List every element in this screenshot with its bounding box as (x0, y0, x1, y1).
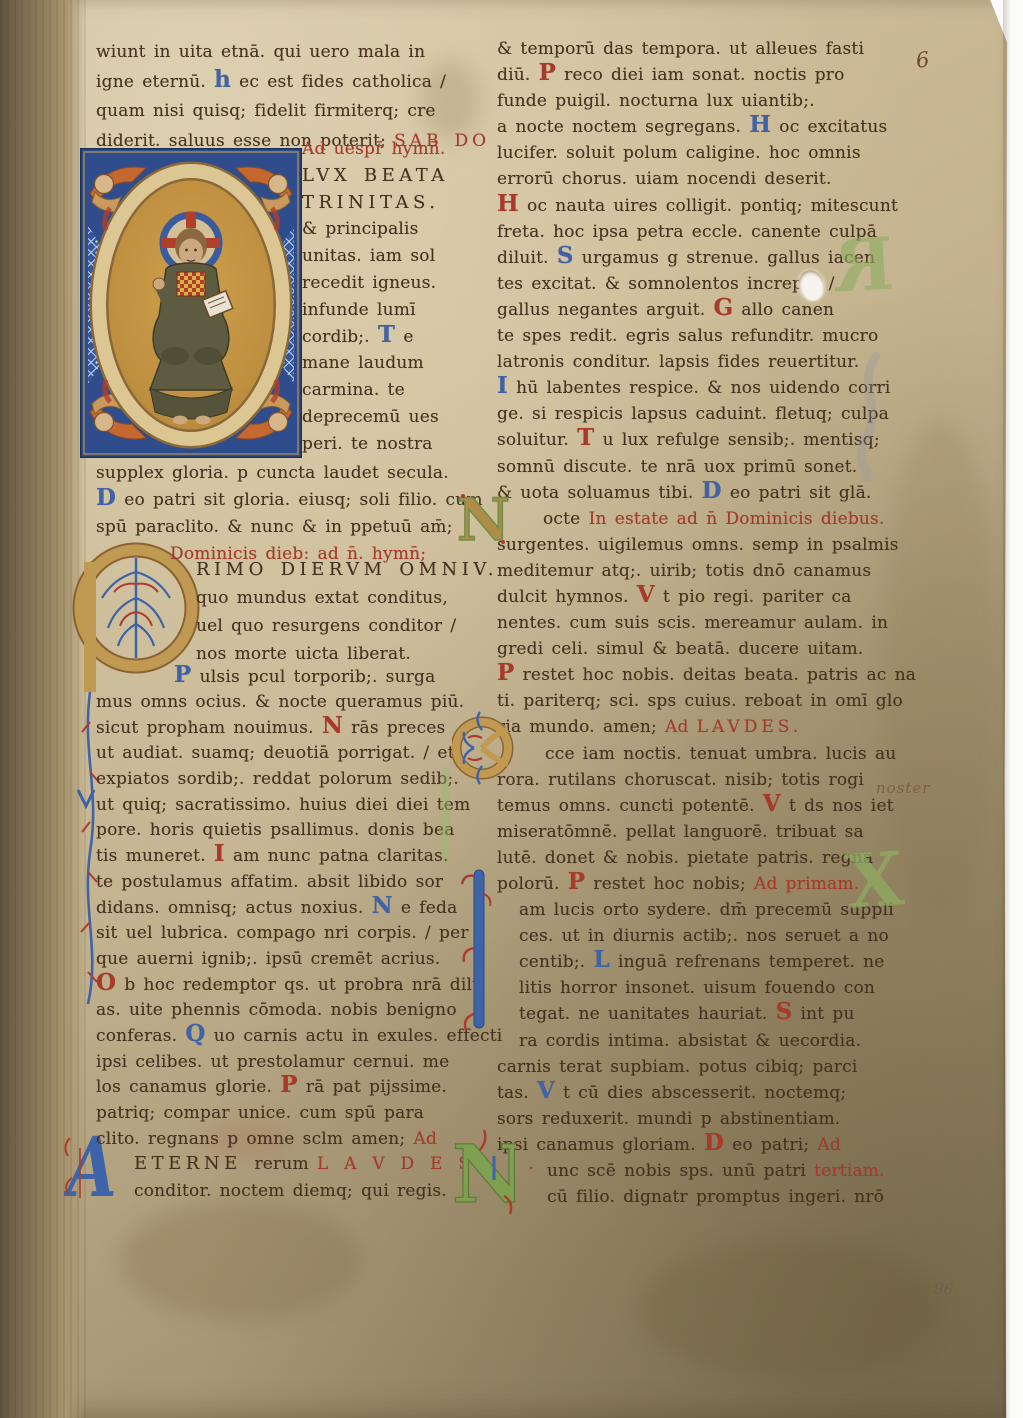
parchment-page: A wiunt in uita etnā. qui uero mala inig… (0, 0, 1023, 1418)
text-line: uel quo resurgens conditor / (196, 612, 498, 640)
text-line: cordib;. T e (302, 324, 449, 351)
text-line: dulcit hymnos. V t pio regi. pariter ca (497, 584, 916, 610)
text-line: ces. ut in diurnis actib;. nos seruet a … (497, 923, 916, 949)
left-column-pulsis-line: P ulsis pcul torporib;. surga (174, 664, 435, 691)
text-line: tegat. ne uanitates hauriat. S int pu (497, 1001, 916, 1027)
text-line: recedit igneus. (302, 270, 449, 297)
text-line: temus omns. cuncti potentē. V t ds nos i… (497, 793, 916, 819)
pencil-foliation: 96 (933, 1279, 954, 1299)
showthrough-green-stroke (441, 768, 450, 860)
showthrough-initial-r: R (832, 220, 896, 308)
initial-i-ornament (460, 864, 494, 1036)
initial-n-gold-green: N (455, 486, 511, 552)
right-column-text: & temporū das tempora. ut alleues fastid… (497, 36, 916, 1210)
text-line: ria mundo. amen; Ad LAVDES. (497, 714, 916, 740)
text-line: supplex gloria. p cuncta laudet secula. (96, 460, 483, 487)
text-line: mus omns ocius. & nocte queramus piū. (96, 690, 502, 716)
text-line: gredi celi. simul & beatā. ducere uitam. (497, 636, 916, 662)
left-column-doxology: supplex gloria. p cuncta laudet secula.D… (96, 460, 483, 568)
margin-gloss-noster: noster (876, 779, 930, 797)
parchment-stain (640, 1240, 940, 1380)
text-line: conferas. Q uo carnis actu in exules. ef… (96, 1024, 502, 1050)
text-line: ipsi celibes. ut prestolamur cernui. me (96, 1050, 502, 1076)
text-line: a nocte noctem segregans. H oc excitatus (497, 114, 916, 140)
text-line: TRINITAS. (302, 190, 449, 217)
text-line: cū filio. dignatr promptus ingeri. nrō (497, 1184, 916, 1210)
text-line: rora. rutilans choruscat. nisib; totis r… (497, 767, 916, 793)
text-line: P restet hoc nobis. deitas beata. patris… (497, 662, 916, 688)
text-line: & principalis (302, 216, 449, 243)
text-line: carmina. te (302, 377, 449, 404)
text-line: D eo patri sit gloria. eiusq; soli filio… (96, 487, 483, 514)
text-line: O b hoc redemptor qs. ut probra nrā dilu (96, 973, 502, 999)
text-line: ipsi canamus gloriam. D eo patri; Ad (497, 1132, 916, 1158)
text-line: P ulsis pcul torporib;. surga (174, 664, 435, 691)
text-line: los canamus glorie. P rā pat pijssime. (96, 1075, 502, 1101)
text-line: sicut propham nouimus. N rās preces (96, 716, 502, 742)
text-line: patriq; compar unice. cum spū para (96, 1101, 502, 1127)
text-line: meditemur atq;. uirib; totis dnō canamus (497, 558, 916, 584)
text-line: didans. omnisq; actus noxius. N e feda (96, 896, 502, 922)
text-line: Ad uespr̄ hymn̄. (302, 136, 449, 163)
text-line: RIMO DIERVM OMNIV. (196, 556, 498, 584)
text-line: igne eternū. h ec est fides catholica / (96, 68, 490, 98)
text-line: que auerni ignib;. ipsū cremēt acrius. (96, 947, 502, 973)
parchment-stain (120, 1200, 360, 1320)
text-line: lucifer. soluit polum caligine. hoc omni… (497, 140, 916, 166)
left-column-hymn-body: mus omns ocius. & nocte queramus piū.sic… (96, 690, 502, 1152)
text-line: ut audiat. suamq; deuotiā porrigat. / et (96, 741, 502, 767)
text-line: diū. P reco diei iam sonat. noctis pro (497, 62, 916, 88)
text-line: surgentes. uigilemus omns. semp in psalm… (497, 532, 916, 558)
initial-o-miniature-christ-in-majesty (80, 148, 302, 458)
text-line: H oc nauta uires colligit. pontiq; mites… (497, 193, 916, 219)
text-line: sit uel lubrica. compago nri corpis. / p… (96, 921, 502, 947)
page-edge-shadow (1003, 0, 1011, 1418)
initial-n-green: N (450, 1126, 516, 1218)
text-line: unitas. iam sol (302, 243, 449, 270)
text-line: cce iam noctis. tenuat umbra. lucis au (497, 741, 916, 767)
text-line: centib;. L inguā refrenans temperet. ne (497, 949, 916, 975)
text-line: te postulamus affatim. absit libido sor (96, 870, 502, 896)
text-line: ra cordis intima. absistat & uecordia. (497, 1028, 916, 1054)
text-line: & temporū das tempora. ut alleues fasti (497, 36, 916, 62)
text-line: octe In estate ad n̄ Dominicis diebus. (497, 506, 916, 532)
text-line: spū paraclito. & nunc & in ppetuū am̄; (96, 514, 483, 541)
text-line: nentes. cum suis scis. mereamur aulam. i… (497, 610, 916, 636)
text-line: te spes redit. egris salus refunditr. mu… (497, 323, 916, 349)
text-line: mane laudum (302, 350, 449, 377)
initial-e-ornament (452, 710, 516, 786)
text-line: peri. te nostra (302, 431, 449, 458)
showthrough-x-mark: X (843, 836, 906, 926)
folio-number: 6 (914, 47, 931, 73)
text-line: LVX BEATA (302, 163, 449, 190)
text-line: quam nisi quisq; fidelit firmiterq; cre (96, 97, 490, 127)
left-column-primo-dierum: RIMO DIERVM OMNIV.quo mundus extat condi… (196, 556, 498, 668)
text-line: as. uite phennis cōmoda. nobis benigno (96, 998, 502, 1024)
text-line: carnis terat supbiam. potus cibiq; parci (497, 1054, 916, 1080)
text-line: quo mundus extat conditus, (196, 584, 498, 612)
text-line: wiunt in uita etnā. qui uero mala in (96, 38, 490, 68)
text-line: deprecemū ues (302, 404, 449, 431)
manuscript-scan: A wiunt in uita etnā. qui uero mala inig… (0, 0, 1023, 1418)
text-line: funde puigil. nocturna lux uiantib;. (497, 88, 916, 114)
text-line: & uota soluamus tibi. D eo patri sit glā… (497, 480, 916, 506)
left-column-vesper-hymn: Ad uespr̄ hymn̄.LVX BEATATRINITAS.& prin… (302, 136, 449, 458)
showthrough-flourish (846, 352, 892, 482)
text-line: ti. pariterq; sci. sps cuius. reboat in … (497, 688, 916, 714)
text-line: clito. regnans p omne sclm amen; Ad (96, 1127, 502, 1153)
text-line: errorū chorus. uiam nocendi deserit. (497, 166, 916, 192)
text-line: litis horror insonet. uisum fouendo con (497, 975, 916, 1001)
text-line: tas. V t cū dies abscesserit. noctemq; (497, 1080, 916, 1106)
text-line: unc scē nobis sps. unū patri tertiam. (497, 1158, 916, 1184)
text-line: infunde lumī (302, 297, 449, 324)
